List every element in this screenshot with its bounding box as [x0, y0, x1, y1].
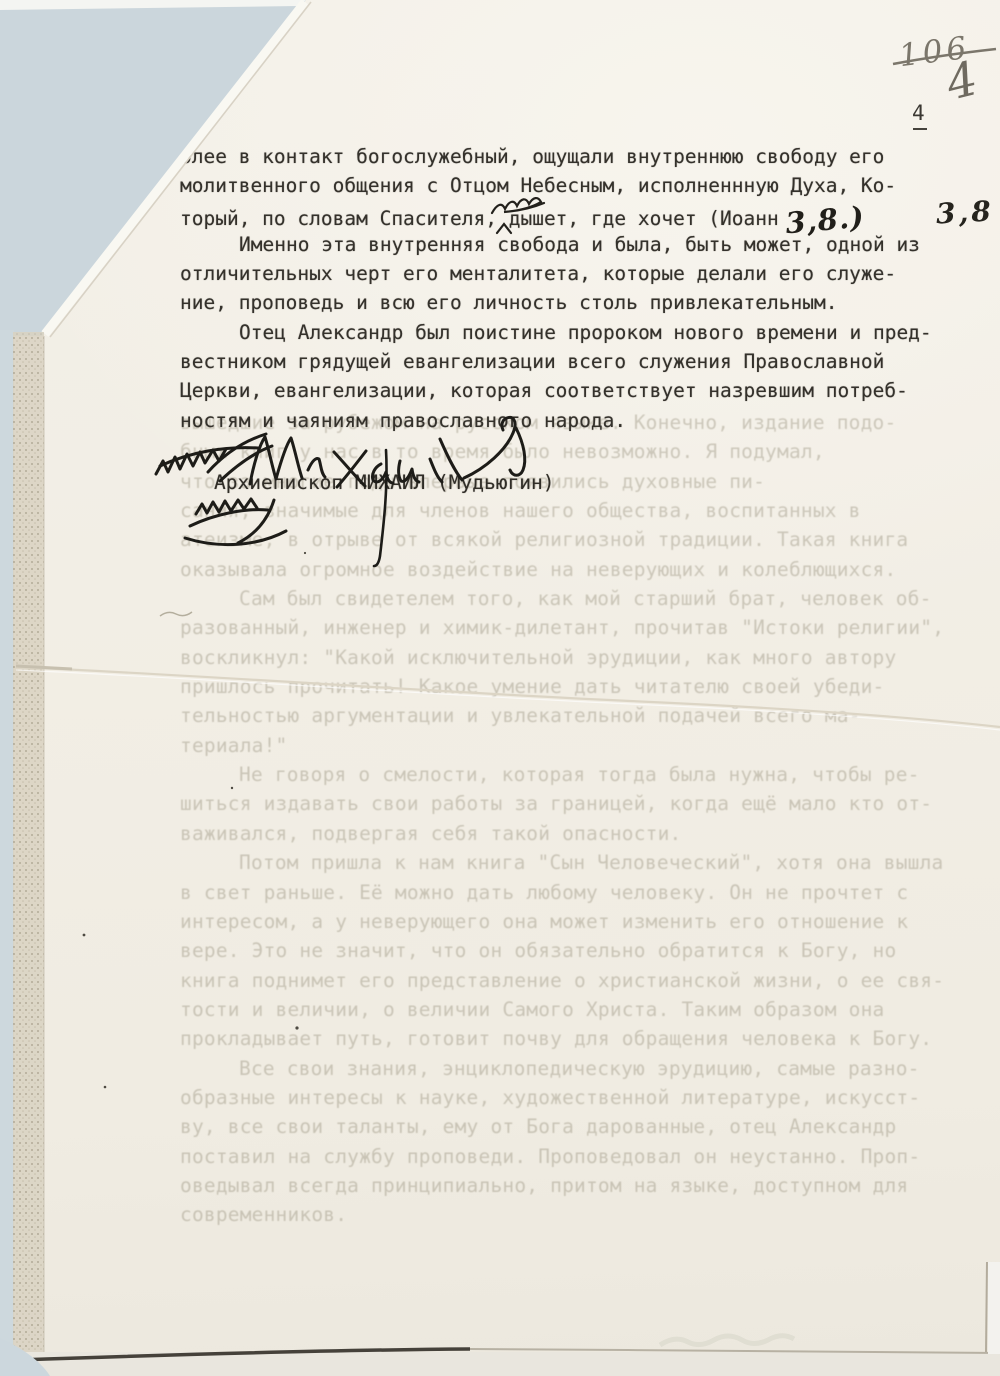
ghost-text: пришлось прочитать! Какое умение дать чи… [180, 675, 884, 698]
typed-text: вестником грядущей евангелизации всего с… [180, 350, 884, 373]
ghost-text: вере. Это не значит, что он обязательно … [180, 939, 896, 962]
ghost-text: важивался, подвергая себя такой опасност… [180, 822, 681, 845]
ghost-text: териала!" [180, 734, 287, 757]
ghost-text-line: Все свои знания, энциклопедическую эруди… [180, 1054, 940, 1083]
bottom-edge-dark [18, 1349, 470, 1360]
crease-left-mark [16, 666, 72, 669]
ghost-text: Все свои знания, энциклопедическую эруди… [239, 1057, 920, 1080]
ghost-text: оказывала огромное воздействие на неверу… [180, 558, 896, 581]
ghost-text-line: в свет раньше. Её можно дать любому чело… [180, 878, 940, 907]
ghost-text-line: оведывал всегда принципиально, притом на… [180, 1171, 940, 1200]
ghost-text: бных книг у нас в то время было невозмож… [180, 440, 825, 463]
ghost-text: воскликнул: "Какой исключительной эрудиц… [180, 646, 896, 669]
typed-page-number: 4 [912, 101, 925, 125]
ghost-text: ву, все свои таланты, ему от Бога дарова… [180, 1115, 896, 1138]
ghost-text: Не говоря о смелости, которая тогда была… [239, 763, 920, 786]
typed-text: Отец Александр был поистине пророком нов… [239, 321, 932, 344]
ghost-text-line: прокладывает путь, готовит почву для обр… [180, 1024, 940, 1053]
ghost-text: интересом, а у неверующего она может изм… [180, 910, 908, 933]
ghost-text-line: поставил на службу проповеди. Проповедов… [180, 1142, 940, 1171]
ghost-text-line: важивался, подвергая себя такой опасност… [180, 819, 940, 848]
typed-text-line: торый, по словам Спасителя, дышет, где х… [180, 201, 960, 230]
ghost-text-line: Не говоря о смелости, которая тогда была… [180, 760, 940, 789]
ghost-text-line: териала!" [180, 731, 940, 760]
ghost-text-line: современников. [180, 1200, 940, 1229]
typed-text-line: ние, проповедь и всю его личность столь … [180, 288, 960, 317]
ghost-text: образные интересы к науке, художественно… [180, 1086, 920, 1109]
left-worn-edge-texture [13, 332, 44, 1356]
bottom-scan-area [0, 1352, 1000, 1376]
ghost-text-line: книга поднимет его представление о христ… [180, 966, 940, 995]
typed-text: Церкви, евангелизации, которая соответст… [180, 379, 908, 402]
bottom-edge-light [470, 1349, 1000, 1353]
top-edge-sliver [0, 0, 306, 10]
ghost-text-line: оказывала огромное воздействие на неверу… [180, 555, 940, 584]
ghost-text-line: Сам был свидетелем того, как мой старший… [180, 584, 940, 613]
typed-text-line: молитвенного общения с Отцом Небесным, и… [180, 171, 960, 200]
ghost-text-line: интересом, а у неверующего она может изм… [180, 907, 940, 936]
typed-signature-caption: Архиепископ МИХАИЛ (Мудьюгин) [214, 471, 554, 494]
ghost-text-line: шиться издавать свои работы за границей,… [180, 789, 940, 818]
typed-text: ние, проповедь и всю его личность столь … [180, 291, 837, 314]
handwritten-inline-verse: 3,8.) [784, 202, 866, 238]
typed-text-block: олее в контакт богослужебный, ощущали вн… [180, 142, 960, 435]
ghost-text: атеизме, в отрыве от всякой религиозной … [180, 528, 908, 551]
ghost-text-line: атеизме, в отрыве от всякой религиозной … [180, 525, 940, 554]
ghost-text: сания, значимые для членов нашего общест… [180, 499, 861, 522]
typed-text: торый, по словам Спасителя, дышет, где х… [180, 207, 779, 230]
ghost-text: оведывал всегда принципиально, притом на… [180, 1174, 908, 1197]
typed-text: молитвенного общения с Отцом Небесным, и… [180, 174, 896, 197]
typed-text-line: Отец Александр был поистине пророком нов… [180, 318, 960, 347]
typed-text-line: олее в контакт богослужебный, ощущали вн… [180, 142, 960, 171]
ghost-text-line: пришлось прочитать! Какое умение дать чи… [180, 672, 940, 701]
right-edge-gap [988, 1262, 1000, 1354]
scanned-page: вышедшие за рубежом на русском языке. Ко… [0, 0, 1000, 1376]
ghost-text-line: тости и величии, о величии Самого Христа… [180, 995, 940, 1024]
typed-text: ностям и чаяниям православного народа. [180, 409, 626, 432]
ghost-text: тельностью аргументации и увлекательной … [180, 704, 861, 727]
typed-text: олее в контакт богослужебный, ощущали вн… [180, 145, 884, 168]
ghost-text-line: Потом пришла к нам книга "Сын Человеческ… [180, 848, 940, 877]
ghost-text-line: вере. Это не значит, что он обязательно … [180, 936, 940, 965]
ghost-text: поставил на службу проповеди. Проповедов… [180, 1145, 920, 1168]
ghost-text: Сам был свидетелем того, как мой старший… [239, 587, 932, 610]
ghost-text: Потом пришла к нам книга "Сын Человеческ… [239, 851, 943, 874]
scan-canvas: вышедшие за рубежом на русском языке. Ко… [0, 0, 1000, 1376]
ink-margin-verse: 3,8 [935, 195, 994, 231]
typed-text-line: Церкви, евангелизации, которая соответст… [180, 376, 960, 405]
right-edge-line [986, 1262, 987, 1352]
ghost-text: разованный, инженер и химик-дилетант, пр… [180, 616, 944, 639]
left-scanner-strip [0, 330, 14, 1376]
ghost-text: книга поднимет его представление о христ… [180, 969, 944, 992]
ghost-text-line: образные интересы к науке, художественно… [180, 1083, 940, 1112]
ghost-text-block: вышедшие за рубежом на русском языке. Ко… [180, 408, 940, 1230]
typed-text: отличительных черт его менталитета, кото… [180, 262, 896, 285]
typed-text-line: вестником грядущей евангелизации всего с… [180, 347, 960, 376]
pencil-replacement-number: 4 [941, 51, 983, 112]
ghost-text: тости и величии, о величии Самого Христа… [180, 998, 884, 1021]
ghost-text: в свет раньше. Её можно дать любому чело… [180, 881, 908, 904]
ghost-text: прокладывает путь, готовит почву для обр… [180, 1027, 932, 1050]
bottom-left-corner-gap [0, 1338, 50, 1376]
typed-text-line: ностям и чаяниям православного народа. [180, 406, 960, 435]
ghost-handwriting-offset [660, 1336, 794, 1345]
typed-text-line: отличительных черт его менталитета, кото… [180, 259, 960, 288]
ghost-text-line: разованный, инженер и химик-дилетант, пр… [180, 613, 940, 642]
ghost-text: современников. [180, 1203, 347, 1226]
ghost-text-line: воскликнул: "Какой исключительной эрудиц… [180, 643, 940, 672]
ghost-text-line: сания, значимые для членов нашего общест… [180, 496, 940, 525]
ghost-text: шиться издавать свои работы за границей,… [180, 792, 932, 815]
ghost-text-line: ву, все свои таланты, ему от Бога дарова… [180, 1112, 940, 1141]
ghost-text-line: бных книг у нас в то время было невозмож… [180, 437, 940, 466]
ghost-text-line: тельностью аргументации и увлекательной … [180, 701, 940, 730]
